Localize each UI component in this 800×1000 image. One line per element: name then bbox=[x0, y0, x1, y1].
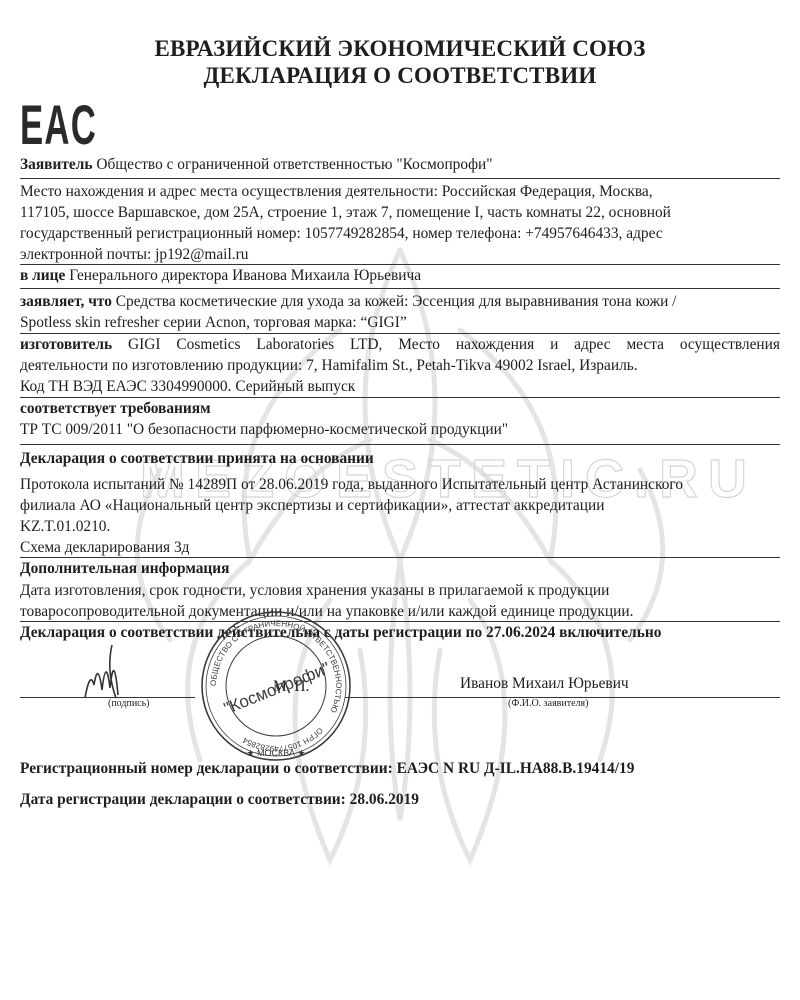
basis-label: Декларация о соответствии принята на осн… bbox=[20, 450, 374, 467]
registration-date-label: Дата регистрации декларации о соответств… bbox=[20, 791, 346, 808]
additional-label: Дополнительная информация bbox=[20, 560, 229, 577]
eac-logo-icon: EAC bbox=[20, 92, 97, 157]
registration-number: ЕАЭС N RU Д-IL.НА88.В.19414/19 bbox=[397, 760, 635, 777]
document-title-union: ЕВРАЗИЙСКИЙ ЭКОНОМИЧЕСКИЙ СОЮЗ bbox=[0, 36, 800, 62]
address-line: 117105, шоссе Варшавское, дом 25А, строе… bbox=[20, 202, 780, 223]
company-stamp-icon: ОБЩЕСТВО С ОГРАНИЧЕННОЙ ОТВЕТСТВЕННОСТЬЮ… bbox=[198, 608, 354, 764]
stamp-ring-bottom: ★ МОСКВА ★ bbox=[246, 748, 305, 758]
manufacturer-block: изготовитель GIGI Cosmetics Laboratories… bbox=[20, 334, 780, 397]
stamp-center-text: "Космопрофи" bbox=[221, 658, 333, 718]
requirements-label: соответствует требованиям bbox=[20, 398, 780, 419]
declaration-scheme: Схема декларирования 3д bbox=[20, 537, 780, 558]
basis-line: филиала АО «Национальный центр экспертиз… bbox=[20, 495, 780, 516]
applicant-row: Заявитель Общество с ограниченной ответс… bbox=[20, 154, 780, 175]
registration-number-row: Регистрационный номер декларации о соотв… bbox=[20, 758, 780, 779]
basis-line: KZ.T.01.0210. bbox=[20, 516, 780, 537]
applicant-label: Заявитель bbox=[20, 156, 93, 173]
address-line: электронной почты: jp192@mail.ru bbox=[20, 244, 780, 265]
requirements-value: ТР ТС 009/2011 "О безопасности парфюмерн… bbox=[20, 419, 780, 440]
address-block: Место нахождения и адрес места осуществл… bbox=[20, 181, 780, 265]
registration-date-row: Дата регистрации декларации о соответств… bbox=[20, 789, 780, 810]
registration-date: 28.06.2019 bbox=[350, 791, 419, 808]
basis-line: Протокола испытаний № 14289П от 28.06.20… bbox=[20, 474, 780, 495]
representative-label: в лице bbox=[20, 267, 65, 284]
signature-icon bbox=[80, 640, 140, 700]
additional-block: Дата изготовления, срок годности, услови… bbox=[20, 580, 780, 622]
requirements-heading: соответствует требованиям bbox=[20, 400, 211, 417]
declares-label: заявляет, что bbox=[20, 293, 112, 310]
additional-heading: Дополнительная информация bbox=[20, 558, 780, 579]
divider bbox=[20, 178, 780, 179]
address-line: Место нахождения и адрес места осуществл… bbox=[20, 181, 780, 202]
manufacturer-label: изготовитель bbox=[20, 336, 112, 353]
applicant-value: Общество с ограниченной ответственностью… bbox=[96, 156, 492, 173]
representative-value: Генерального директора Иванова Михаила Ю… bbox=[69, 267, 421, 284]
manufacturer-line: Код ТН ВЭД ЕАЭС 3304990000. Серийный вып… bbox=[20, 376, 780, 397]
signer-name-caption: (Ф.И.О. заявителя) bbox=[508, 698, 588, 709]
declares-block: заявляет, что Средства косметические для… bbox=[20, 291, 780, 333]
divider bbox=[20, 444, 780, 445]
manufacturer-line: GIGI Cosmetics Laboratories LTD, Место н… bbox=[128, 336, 780, 353]
signer-name: Иванов Михаил Юрьевич bbox=[460, 673, 760, 694]
product-line: Средства косметические для ухода за коже… bbox=[116, 293, 677, 310]
registration-number-label: Регистрационный номер декларации о соотв… bbox=[20, 760, 393, 777]
signature-caption: (подпись) bbox=[108, 698, 150, 709]
basis-heading: Декларация о соответствии принята на осн… bbox=[20, 448, 780, 469]
representative-row: в лице Генерального директора Иванова Ми… bbox=[20, 265, 780, 286]
basis-block: Протокола испытаний № 14289П от 28.06.20… bbox=[20, 474, 780, 558]
additional-line: товаросопроводительной документации и/ил… bbox=[20, 601, 780, 622]
manufacturer-line: деятельности по изготовлению продукции: … bbox=[20, 355, 780, 376]
additional-line: Дата изготовления, срок годности, услови… bbox=[20, 580, 780, 601]
divider bbox=[20, 288, 780, 289]
document-title-declaration: ДЕКЛАРАЦИЯ О СООТВЕТСТВИИ bbox=[0, 63, 800, 89]
address-line: государственный регистрационный номер: 1… bbox=[20, 223, 780, 244]
product-line: Spotless skin refresher серии Acnon, тор… bbox=[20, 312, 780, 333]
